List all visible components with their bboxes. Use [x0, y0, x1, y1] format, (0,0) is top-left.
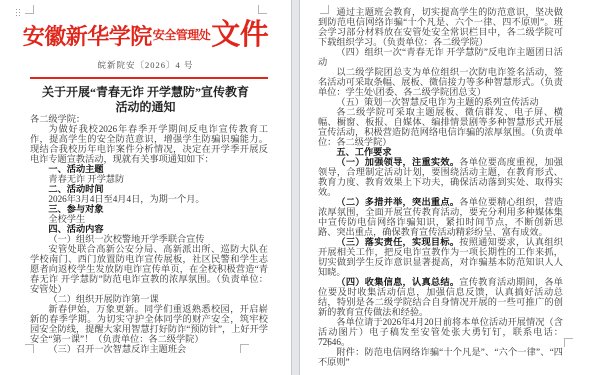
paragraph: 五、工作要求: [318, 147, 563, 157]
paragraph: 为做好我校2026年春季开学期间反电诈宣传教育工作，提高学生的安全防范意识，增强…: [30, 124, 268, 164]
paragraph-lead: （四）收集信息，认真总结。: [336, 277, 459, 287]
paragraph: 各二级学院：: [30, 114, 268, 124]
paragraph-lead: （三）落实责任，实现目标。: [336, 237, 459, 247]
paragraph: （四）组织一次“青春无诈 开学慧防”反电诈主题团日活动: [318, 47, 563, 67]
paragraph: （五）策划一次智慧反电诈为主题的系列宣传活动: [318, 97, 563, 107]
doc-word: 文件: [211, 19, 268, 51]
page-1-body: 各二级学院：为做好我校2026年春季开学期间反电诈宣传教育工作，提高学生的安全防…: [30, 114, 268, 354]
paragraph: 新春伊始，万象更新。同学们重返熟悉校园，开启崭新的春季学期。为切实守护全体同学的…: [30, 304, 268, 344]
document-viewer: 安徽新华学院安全管理处文件 皖新院安〔2026〕4 号 关于开展“青春无诈 开学…: [0, 0, 600, 375]
paragraph: 安管处联合高新公安分局、高新派出所、巡防大队在学校南门、西门放置防电诈宣传展板，…: [30, 244, 268, 294]
dept-name: 安全管理处: [153, 28, 211, 42]
paragraph: 二、活动时间: [30, 184, 268, 194]
letterhead-divider: [30, 77, 268, 79]
paragraph: 一、活动主题: [30, 164, 268, 174]
paragraph: 三、参与对象: [30, 204, 268, 214]
doc-title: 关于开展“青春无诈 开学慧防”宣传教育 活动的通知: [14, 85, 277, 114]
paragraph: （一）加强领导，注重实效。各单位要高度重视，加强领导，合理制定活动计划，要围绕活…: [318, 157, 563, 197]
page-2-body: 通过主题班会教育，切实提高学生的防范意识，坚决做到防范电信网络诈骗“十个凡是、六…: [318, 7, 563, 367]
paragraph: 各单位请于2026年4月20日前将本单位活动开展情况（含活动图片）电子稿发至安管…: [318, 317, 563, 347]
doc-title-line1: 关于开展“青春无诈 开学慧防”宣传教育: [14, 85, 277, 100]
paragraph-lead: （一）加强领导，注重实效。: [336, 157, 459, 167]
doc-title-line2: 活动的通知: [14, 100, 277, 115]
crop-mark-bottom-right: [564, 338, 573, 347]
page-1: 安徽新华学院安全管理处文件 皖新院安〔2026〕4 号 关于开展“青春无诈 开学…: [0, 0, 291, 375]
org-name: 安徽新华学院: [23, 24, 152, 49]
paragraph: （二）组织开展防诈第一课: [30, 294, 268, 304]
paragraph: （一）组织一次校警地开学季联合宣传: [30, 234, 268, 244]
paragraph: （二）多措并举，突出重点。各单位要精心组织，营造浓厚氛围，全面开展宣传教育活动，…: [318, 197, 563, 237]
paragraph: 各二级学院可采取主题展板、微信群发、电子屏、横幅、橱窗、板报、自媒体、编排情景剧…: [318, 107, 563, 147]
paragraph-lead: （二）多措并举，突出重点。: [336, 197, 459, 207]
paragraph: 全校学生: [30, 214, 268, 224]
paragraph: 青春无诈 开学慧防: [30, 174, 268, 184]
paragraph: 通过主题班会教育，切实提高学生的防范意识，坚决做到防范电信网络诈骗“十个凡是、六…: [318, 7, 563, 47]
paragraph: 2026年3月4日至4月4日，为期一个月。: [30, 194, 268, 204]
paragraph: （四）收集信息，认真总结。宣传教育活动期间，各单位要及时收集活动信息，加强信息反…: [318, 277, 563, 317]
paragraph: （三）落实责任，实现目标。按照通知要求，认真组织开展相关工作，把反电诈宣教作为一…: [318, 237, 563, 277]
page-2: 通过主题班会教育，切实提高学生的防范意识，坚决做到防范电信网络诈骗“十个凡是、六…: [300, 0, 600, 375]
paragraph: （三）召开一次智慧反诈主题班会: [30, 344, 268, 354]
letterhead: 安徽新华学院安全管理处文件: [0, 12, 291, 53]
paragraph: 以二级学院团总支为单位组织一次防电诈签名活动，签名活动可采取条幅、展板、微信接力…: [318, 67, 563, 97]
doc-number: 皖新院安〔2026〕4 号: [0, 59, 291, 71]
anchor-dots-icon: [16, 9, 17, 10]
paragraph: 四、活动内容: [30, 224, 268, 234]
page-gutter: [291, 0, 300, 375]
paragraph: 附件：防范电信网络诈骗“十个凡是”、“六个一律”、“四不原则”: [318, 347, 563, 367]
